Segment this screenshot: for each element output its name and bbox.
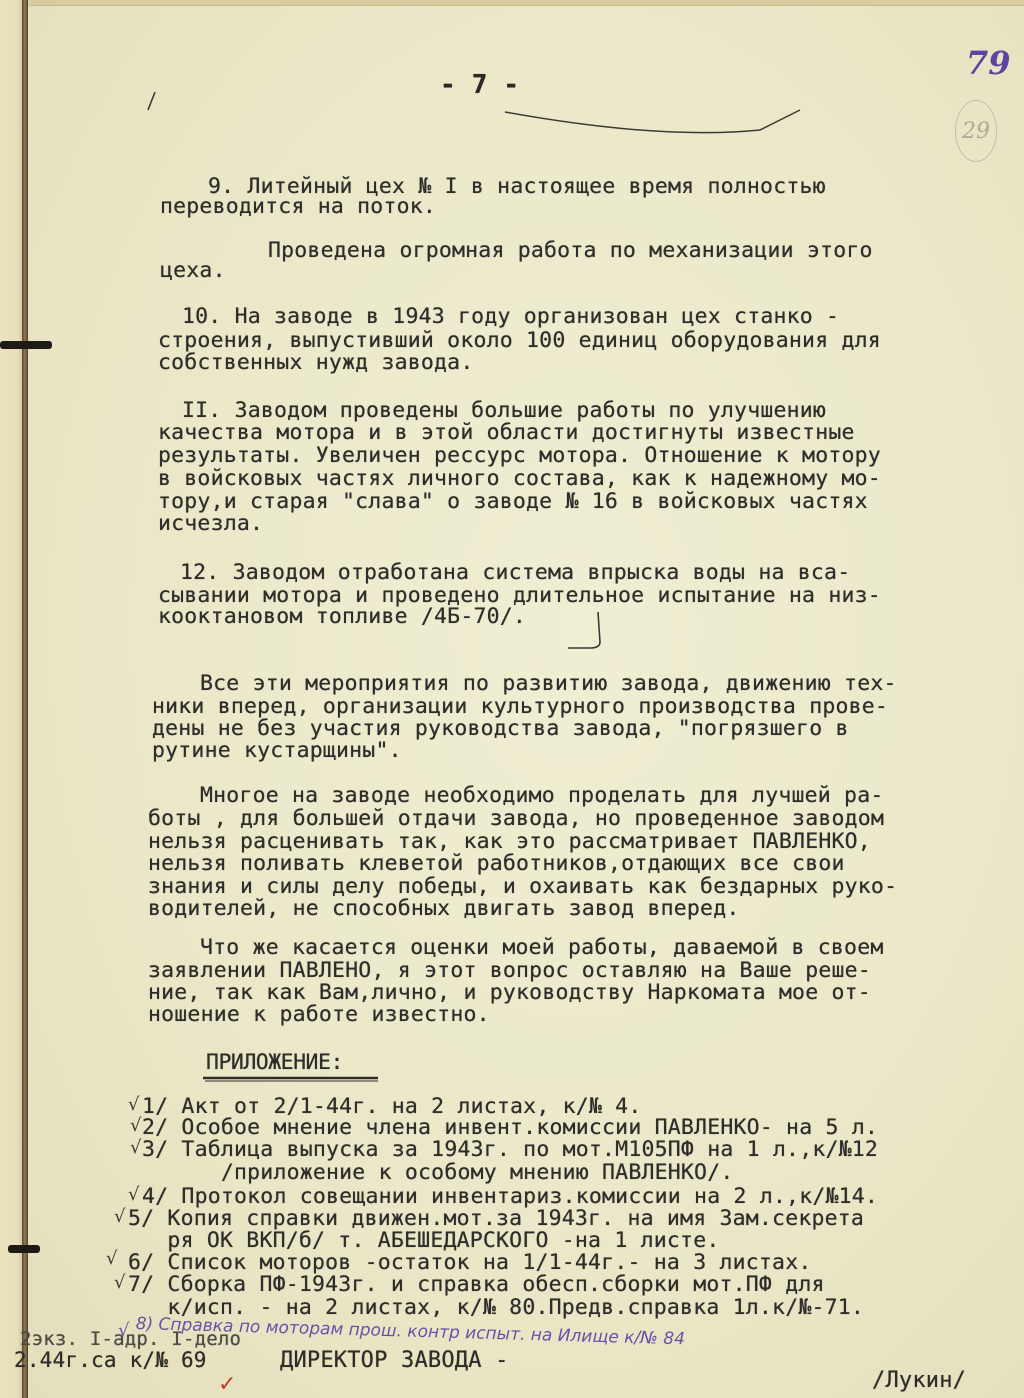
paragraph-much-line-6: водителей, не способных двигать завод вп… bbox=[148, 898, 739, 920]
paragraph-12-line-3: кооктановом топливе /4Б-70/. bbox=[158, 606, 526, 628]
archive-sheet-number: 79 bbox=[966, 44, 1011, 82]
paragraph-10-line-3: собственных нужд завода. bbox=[158, 352, 473, 374]
checkmark-icon: √ bbox=[128, 1094, 139, 1115]
appendix-item-2: 2/ Особое мнение члена инвент.комиссии П… bbox=[142, 1117, 878, 1139]
paragraph-11-line-4: в войсковых частях личного состава, как … bbox=[158, 468, 881, 490]
previous-page-edge bbox=[0, 0, 22, 1398]
appendix-item-5-continued: ря ОК ВКП/б/ т. АБЕШЕДАРСКОГО -на 1 лист… bbox=[128, 1230, 719, 1252]
paragraph-measures-line-4: рутине кустарщины". bbox=[152, 740, 402, 762]
paragraph-12-line-1: 12. Заводом отработана система впрыска в… bbox=[180, 562, 850, 584]
page-number: - 7 - bbox=[440, 72, 519, 98]
paragraph-measures-line-2: ники вперед, организации культурного про… bbox=[152, 696, 888, 718]
paragraph-11-line-2: качества мотора и в этой области достигн… bbox=[158, 422, 855, 444]
paragraph-9-line-2: переводится на поток. bbox=[160, 196, 436, 218]
appendix-item-7-continued: к/исп. - на 2 листах, к/№ 80.Предв.справ… bbox=[128, 1297, 864, 1319]
paragraph-10-line-2: строения, выпустивший около 100 единиц о… bbox=[158, 330, 881, 352]
red-checkmark-icon: ✓ bbox=[218, 1372, 236, 1397]
appendix-item-5: 5/ Копия справки движен.мот.за 1943г. на… bbox=[128, 1208, 864, 1230]
appendix-item-4: 4/ Протокол совещании инвентариз.комисси… bbox=[142, 1186, 878, 1208]
page-top-edge bbox=[28, 0, 1024, 6]
paragraph-9b-line-2: цеха. bbox=[160, 260, 226, 282]
paragraph-much-line-4: нельзя поливать клеветой работников,отда… bbox=[148, 853, 845, 875]
checkmark-icon: √ bbox=[106, 1248, 117, 1269]
paragraph-much-line-1: Многое на заводе необходимо проделать дл… bbox=[200, 785, 884, 807]
paragraph-much-line-3: нельзя расценивать так, как это рассматр… bbox=[148, 831, 871, 853]
appendix-item-7: 7/ Сборка ПФ-1943г. и справка обесп.сбор… bbox=[128, 1274, 825, 1296]
checkmark-icon: √ bbox=[114, 1206, 125, 1227]
paragraph-much-line-5: знания и силы делу победы, и охаивать ка… bbox=[148, 876, 897, 898]
binding-stitch-top bbox=[0, 341, 52, 349]
paragraph-much-line-2: боты , для большей отдачи завода, но про… bbox=[148, 808, 884, 830]
paragraph-11-line-3: результаты. Увеличен рессурс мотора. Отн… bbox=[158, 445, 881, 467]
appendix-heading: ПРИЛОЖЕНИЕ: bbox=[206, 1052, 343, 1074]
paragraph-measures-line-1: Все эти мероприятия по развитию завода, … bbox=[200, 673, 897, 695]
filing-note-copies: 2экз. I-адр. I-дело bbox=[20, 1330, 241, 1349]
filing-note-reference: 2.44г.са к/№ 69 bbox=[14, 1350, 207, 1371]
paragraph-10-line-1: 10. На заводе в 1943 году организован це… bbox=[182, 306, 839, 328]
appendix-item-6: 6/ Список моторов -остаток на 1/1-44г.- … bbox=[128, 1252, 812, 1274]
checkmark-icon: √ bbox=[128, 1184, 139, 1205]
paragraph-measures-line-3: дены не без участия руководства завода, … bbox=[152, 718, 849, 740]
paragraph-11-line-5: тору,и старая "слава" о заводе № 16 в во… bbox=[158, 491, 868, 513]
appendix-item-3: 3/ Таблица выпуска за 1943г. по мот.М105… bbox=[142, 1139, 878, 1161]
checkmark-icon: √ bbox=[130, 1137, 141, 1158]
pencil-sheet-number: 29 bbox=[955, 100, 997, 162]
signature-name: /Лукин/ bbox=[872, 1370, 966, 1392]
checkmark-icon: √ bbox=[130, 1115, 141, 1136]
paragraph-assessment-line-3: ние, так как Вам,лично, и руководству На… bbox=[148, 982, 871, 1004]
paragraph-11-line-1: II. Заводом проведены большие работы по … bbox=[182, 400, 826, 422]
binding-stitch-bottom bbox=[8, 1245, 40, 1253]
signature-title: ДИРЕКТОР ЗАВОДА - bbox=[280, 1350, 509, 1372]
paragraph-assessment-line-4: ношение к работе известно. bbox=[148, 1004, 490, 1026]
paragraph-assessment-line-2: заявлении ПАВЛЕНО, я этот вопрос оставля… bbox=[148, 960, 871, 982]
pencil-sheet-number-text: 29 bbox=[962, 119, 990, 144]
paragraph-11-line-6: исчезла. bbox=[158, 513, 263, 535]
paragraph-assessment-line-1: Что же касается оценки моей работы, дава… bbox=[200, 937, 884, 959]
paragraph-9b-line-1: Проведена огромная работа по механизации… bbox=[268, 240, 873, 262]
checkmark-icon: √ bbox=[114, 1272, 125, 1293]
appendix-item-3-continued: /приложение к особому мнению ПАВЛЕНКО/. bbox=[142, 1162, 733, 1184]
